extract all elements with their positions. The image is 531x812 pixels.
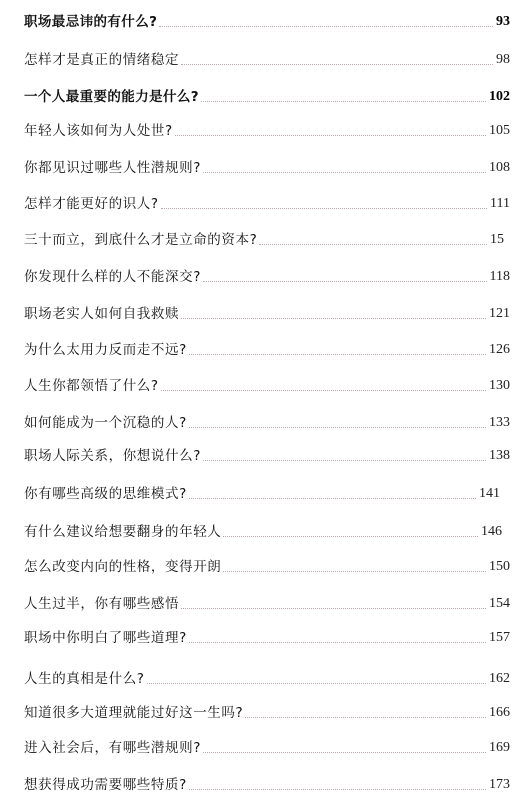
dot-leader <box>245 716 486 718</box>
toc-entry[interactable]: 进入社会后，有哪些潜规则? 169 <box>24 738 510 758</box>
dot-leader <box>181 607 486 609</box>
toc-entry[interactable]: 怎样才能更好的识人? 111 <box>24 194 510 214</box>
toc-entry-page: 111 <box>490 194 510 214</box>
toc-entry-page: 162 <box>489 669 510 689</box>
toc-entry[interactable]: 职场老实人如何自我救赎 121 <box>24 304 510 324</box>
toc-entry-page: 118 <box>490 267 510 287</box>
dot-leader <box>223 570 486 572</box>
toc-entry[interactable]: 想获得成功需要哪些特质? 173 <box>24 775 510 795</box>
toc-entry-title: 你发现什么样的人不能深交? <box>24 267 201 287</box>
toc-entry-page: 166 <box>489 703 510 723</box>
dot-leader <box>203 171 486 173</box>
toc-entry[interactable]: 三十而立，到底什么才是立命的资本? 15 <box>24 230 504 250</box>
toc-entry-title: 为什么太用力反而走不远? <box>24 340 187 360</box>
toc-entry-title: 进入社会后，有哪些潜规则? <box>24 738 201 758</box>
toc-entry-page: 138 <box>489 446 510 466</box>
toc-entry[interactable]: 职场人际关系，你想说什么? 138 <box>24 446 510 466</box>
toc-entry[interactable]: 人生你都领悟了什么? 130 <box>24 376 510 396</box>
toc-entry-title: 三十而立，到底什么才是立命的资本? <box>24 230 257 250</box>
toc-entry-page: 157 <box>489 628 510 648</box>
toc-entry-title: 怎样才能更好的识人? <box>24 194 159 214</box>
toc-entry-page: 146 <box>481 522 502 542</box>
toc-entry[interactable]: 你都见识过哪些人性潜规则? 108 <box>24 158 510 178</box>
toc-entry-page: 93 <box>496 12 510 32</box>
dot-leader <box>203 751 486 753</box>
toc-entry-title: 有什么建议给想要翻身的年轻人 <box>24 522 221 542</box>
toc-entry-title: 职场中你明白了哪些道理? <box>24 628 187 648</box>
toc-entry[interactable]: 如何能成为一个沉稳的人? 133 <box>24 413 510 433</box>
toc-entry[interactable]: 有什么建议给想要翻身的年轻人 146 <box>24 522 502 542</box>
toc-entry[interactable]: 人生的真相是什么? 162 <box>24 669 510 689</box>
dot-leader <box>161 207 487 209</box>
toc-entry-page: 150 <box>489 557 510 577</box>
toc-entry-page: 130 <box>489 376 510 396</box>
toc-entry-page: 15 <box>490 230 504 250</box>
dot-leader <box>159 25 493 27</box>
toc-entry[interactable]: 知道很多大道理就能过好这一生吗? 166 <box>24 703 510 723</box>
toc-entry-page: 154 <box>489 594 510 614</box>
toc-entry[interactable]: 怎么改变内向的性格，变得开朗 150 <box>24 557 510 577</box>
toc-entry-title: 知道很多大道理就能过好这一生吗? <box>24 703 243 723</box>
toc-entry-page: 98 <box>496 50 510 70</box>
dot-leader <box>181 317 486 319</box>
table-of-contents: 职场最忌讳的有什么? 93 怎样才是真正的情绪稳定 98 一个人最重要的能力是什… <box>0 0 531 812</box>
toc-entry-title: 想获得成功需要哪些特质? <box>24 775 187 795</box>
toc-entry[interactable]: 一个人最重要的能力是什么? 102 <box>24 87 510 107</box>
toc-entry-title: 怎样才是真正的情绪稳定 <box>24 50 179 70</box>
dot-leader <box>203 459 486 461</box>
dot-leader <box>203 280 487 282</box>
toc-entry-page: 105 <box>489 121 510 141</box>
toc-entry[interactable]: 你发现什么样的人不能深交? 118 <box>24 267 510 287</box>
toc-entry[interactable]: 怎样才是真正的情绪稳定 98 <box>24 50 510 70</box>
dot-leader <box>147 682 486 684</box>
toc-entry-page: 102 <box>489 87 510 107</box>
toc-entry-page: 121 <box>489 304 510 324</box>
toc-entry-title: 人生过半，你有哪些感悟 <box>24 594 179 614</box>
dot-leader <box>189 788 486 790</box>
dot-leader <box>189 497 476 499</box>
toc-entry-page: 173 <box>489 775 510 795</box>
toc-entry-title: 人生你都领悟了什么? <box>24 376 159 396</box>
dot-leader <box>223 535 478 537</box>
toc-entry-title: 年轻人该如何为人处世? <box>24 121 173 141</box>
toc-entry-title: 职场人际关系，你想说什么? <box>24 446 201 466</box>
toc-entry-page: 126 <box>489 340 510 360</box>
dot-leader <box>189 641 486 643</box>
toc-entry[interactable]: 职场最忌讳的有什么? 93 <box>24 12 510 32</box>
toc-entry-page: 169 <box>489 738 510 758</box>
toc-entry[interactable]: 你有哪些高级的思维模式? 141 <box>24 484 500 504</box>
toc-entry[interactable]: 为什么太用力反而走不远? 126 <box>24 340 510 360</box>
toc-entry-title: 一个人最重要的能力是什么? <box>24 87 199 107</box>
dot-leader <box>259 243 487 245</box>
dot-leader <box>189 426 486 428</box>
toc-entry-title: 怎么改变内向的性格，变得开朗 <box>24 557 221 577</box>
toc-entry-page: 141 <box>479 484 500 504</box>
toc-entry[interactable]: 人生过半，你有哪些感悟 154 <box>24 594 510 614</box>
toc-entry-page: 108 <box>489 158 510 178</box>
dot-leader <box>175 134 486 136</box>
toc-entry-title: 你都见识过哪些人性潜规则? <box>24 158 201 178</box>
dot-leader <box>201 100 486 102</box>
dot-leader <box>181 63 493 65</box>
toc-entry-title: 你有哪些高级的思维模式? <box>24 484 187 504</box>
toc-entry[interactable]: 年轻人该如何为人处世? 105 <box>24 121 510 141</box>
toc-entry-title: 职场最忌讳的有什么? <box>24 12 157 32</box>
toc-entry-title: 人生的真相是什么? <box>24 669 145 689</box>
toc-entry-title: 职场老实人如何自我救赎 <box>24 304 179 324</box>
toc-entry-title: 如何能成为一个沉稳的人? <box>24 413 187 433</box>
toc-entry[interactable]: 职场中你明白了哪些道理? 157 <box>24 628 510 648</box>
dot-leader <box>161 389 486 391</box>
dot-leader <box>189 353 486 355</box>
toc-entry-page: 133 <box>489 413 510 433</box>
